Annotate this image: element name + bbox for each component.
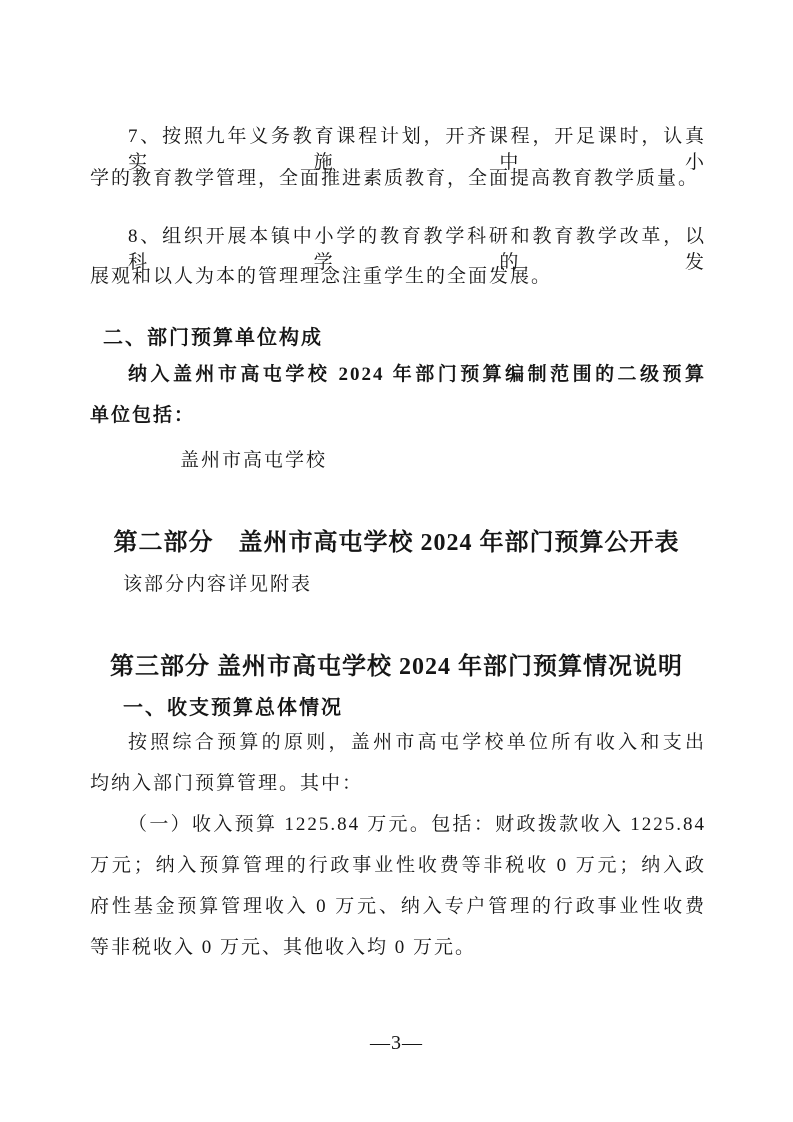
unit-composition-intro-line-1: 纳入盖州市高屯学校 2024 年部门预算编制范围的二级预算 bbox=[90, 362, 706, 388]
page-number: —3— bbox=[0, 1032, 793, 1055]
section-heading-budget-overview: 一、收支预算总体情况 bbox=[123, 691, 343, 720]
income-paragraph-line-3: 府性基金预算管理收入 0 万元、纳入专户管理的行政事业性收费 bbox=[90, 894, 706, 920]
income-paragraph-line-2: 万元；纳入预算管理的行政事业性收费等非税收 0 万元；纳入政 bbox=[90, 853, 706, 879]
part-2-note: 该部分内容详见附表 bbox=[123, 569, 312, 596]
income-paragraph-line-4: 等非税收入 0 万元、其他收入均 0 万元。 bbox=[90, 935, 706, 961]
paragraph-7-line-2: 学的教育教学管理，全面推进素质教育，全面提高教育教学质量。 bbox=[90, 166, 706, 192]
unit-name-text: 盖州市高屯学校 bbox=[180, 445, 327, 472]
income-paragraph-line-1: （一）收入预算 1225.84 万元。包括：财政拨款收入 1225.84 bbox=[90, 812, 706, 838]
document-page: 7、按照九年义务教育课程计划，开齐课程，开足课时，认真实施中小 学的教育教学管理… bbox=[0, 0, 793, 1122]
overview-paragraph-line-1: 按照综合预算的原则，盖州市高屯学校单位所有收入和支出 bbox=[90, 730, 706, 756]
part-3-heading: 第三部分 盖州市高屯学校 2024 年部门预算情况说明 bbox=[0, 646, 793, 681]
paragraph-8-line-2: 展观和以人为本的管理理念注重学生的全面发展。 bbox=[90, 264, 706, 290]
part-2-heading: 第二部分 盖州市高屯学校 2024 年部门预算公开表 bbox=[0, 522, 793, 557]
section-heading-unit-composition: 二、部门预算单位构成 bbox=[103, 321, 323, 350]
overview-paragraph-line-2: 均纳入部门预算管理。其中： bbox=[90, 771, 706, 797]
unit-composition-intro-line-2: 单位包括： bbox=[90, 403, 706, 429]
